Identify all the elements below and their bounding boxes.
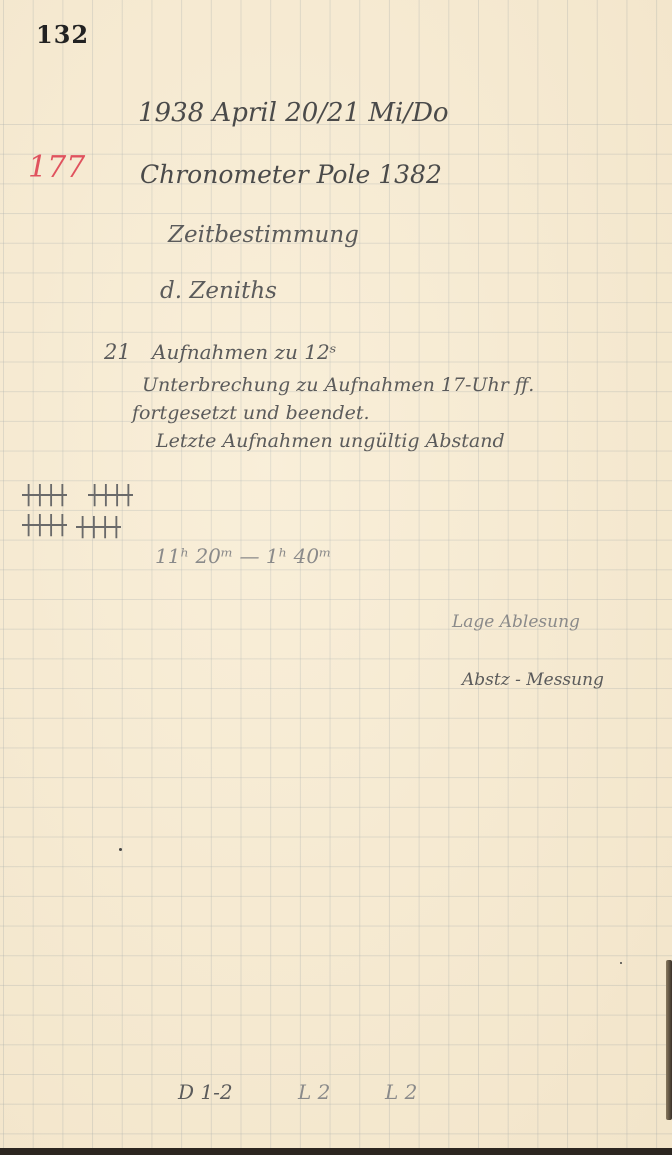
object-line: Chronometer Pole 1382	[140, 160, 442, 189]
side-note-2: Abstz - Messung	[462, 670, 604, 690]
note-zeitbestimmung: Zeitbestimmung	[168, 222, 359, 248]
page-number: 132	[36, 20, 89, 49]
ink-speck	[119, 848, 122, 851]
footer-code-l2: L 2	[385, 1080, 417, 1104]
tally-mark-group: ||||	[22, 482, 67, 507]
date-line: 1938 April 20/21 Mi/Do	[138, 98, 449, 128]
side-note-1: Lage Ablesung	[452, 612, 580, 632]
footer-code-l1: L 2	[298, 1080, 330, 1104]
note-zeniths: d. Zeniths	[160, 278, 277, 304]
note-line-1: Aufnahmen zu 12ˢ	[152, 340, 336, 364]
note-day: 21	[104, 340, 131, 364]
ink-speck	[620, 962, 622, 964]
footer-code-d: D 1-2	[178, 1080, 233, 1104]
page-edge-shadow	[666, 960, 672, 1120]
graph-paper-grid	[0, 124, 672, 1148]
note-line-3: fortgesetzt und beendet.	[132, 402, 370, 424]
note-line-4: Letzte Aufnahmen ungültig Abstand	[156, 430, 505, 452]
margin-entry-number: 177	[28, 150, 85, 185]
tally-mark-group: ||||	[88, 482, 133, 507]
scan-bottom-border	[0, 1148, 672, 1155]
tally-mark-group: ||||	[22, 512, 67, 537]
time-range: 11ʰ 20ᵐ — 1ʰ 40ᵐ	[155, 544, 331, 568]
notebook-page: 132 177 1938 April 20/21 Mi/Do Chronomet…	[0, 0, 672, 1148]
note-line-2: Unterbrechung zu Aufnahmen 17-Uhr ff.	[142, 374, 534, 396]
tally-mark-group: ||||	[76, 514, 121, 539]
